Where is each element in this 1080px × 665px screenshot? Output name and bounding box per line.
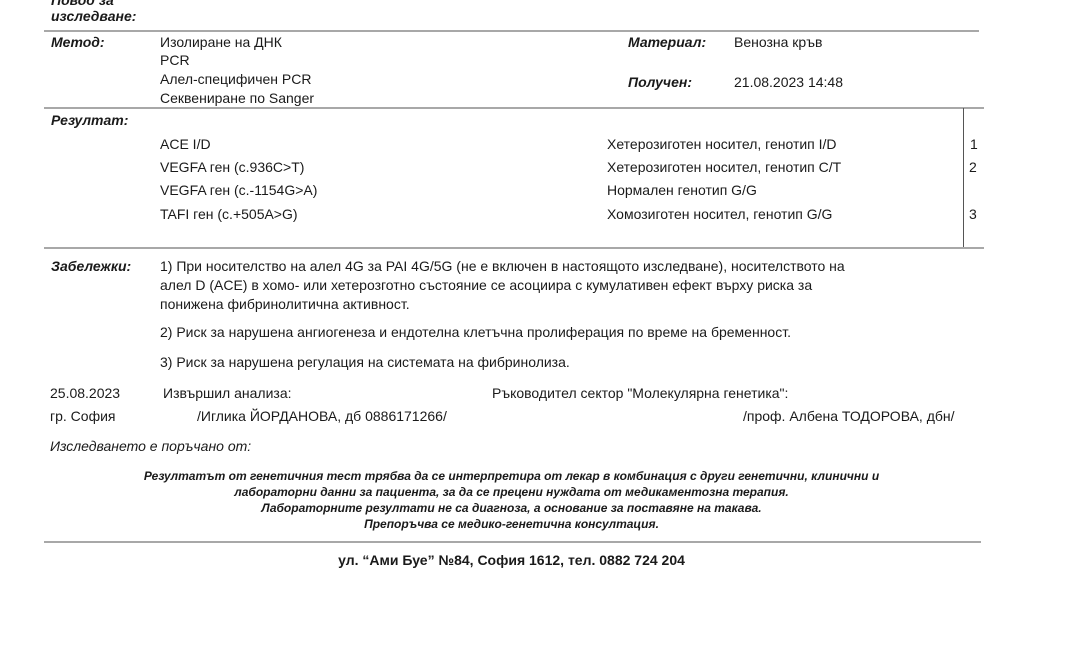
result-note-ref: 1 xyxy=(970,136,978,153)
material-value: Венозна кръв xyxy=(734,34,822,51)
disclaimer-line: Препоръчва се медико-генетична консултац… xyxy=(44,516,979,532)
result-finding: Хетерозиготен носител, генотип I/D xyxy=(607,136,837,153)
note-1-line: понижена фибринолитична активност. xyxy=(160,296,410,313)
divider xyxy=(44,107,984,109)
result-finding: Хомозиготен носител, генотип G/G xyxy=(607,206,832,223)
ordered-by-label: Изследването е поръчано от: xyxy=(50,438,251,455)
divider xyxy=(44,247,984,249)
disclaimer: Резултатът от генетичния тест трябва да … xyxy=(44,468,979,532)
result-test: VEGFA ген (c.-1154G>A) xyxy=(160,182,317,199)
result-label: Резултат: xyxy=(51,112,128,129)
note-1-line: 1) При носителство на алел 4G за PAI 4G/… xyxy=(160,258,845,275)
head-of-sector-name: /проф. Албена ТОДОРОВА, дбн/ xyxy=(743,408,955,425)
method-item: Алел-специфичен PCR xyxy=(160,71,311,88)
result-finding: Хетерозиготен носител, генотип C/T xyxy=(607,159,841,176)
result-note-ref: 3 xyxy=(969,206,977,223)
result-test: ACE I/D xyxy=(160,136,211,153)
head-of-sector-label: Ръководител сектор "Молекулярна генетика… xyxy=(492,385,788,402)
report-city: гр. София xyxy=(50,408,116,425)
disclaimer-line: Резултатът от генетичния тест трябва да … xyxy=(44,468,979,484)
footer-address: ул. “Ами Буе” №84, София 1612, тел. 0882… xyxy=(44,552,979,568)
performed-by-name: /Иглика ЙОРДАНОВА, дб 0886171266/ xyxy=(197,408,447,425)
divider xyxy=(44,541,981,543)
method-item: PCR xyxy=(160,52,190,69)
result-note-ref: 2 xyxy=(969,159,977,176)
method-label: Метод: xyxy=(51,34,105,51)
divider xyxy=(44,30,979,32)
received-label: Получен: xyxy=(628,74,692,91)
material-label: Материал: xyxy=(628,34,706,51)
result-finding: Нормален генотип G/G xyxy=(607,182,757,199)
note-1-line: алел D (ACE) в хомо- или хетерозготно съ… xyxy=(160,277,812,294)
disclaimer-line: лабораторни данни за пациента, за да се … xyxy=(44,484,979,500)
note-3: 3) Риск за нарушена регулация на система… xyxy=(160,354,570,371)
note-2: 2) Риск за нарушена ангиогенеза и ендоте… xyxy=(160,324,791,341)
result-column-divider xyxy=(963,108,964,248)
notes-label: Забележки: xyxy=(51,258,131,275)
method-item: Изолиране на ДНК xyxy=(160,34,282,51)
report-date: 25.08.2023 xyxy=(50,385,120,402)
reason-label-line2: изследване: xyxy=(51,8,136,25)
result-test: TAFI ген (c.+505A>G) xyxy=(160,206,298,223)
performed-by-label: Извършил анализа: xyxy=(163,385,292,402)
method-item: Секвениране по Sanger xyxy=(160,90,314,107)
result-test: VEGFA ген (c.936C>T) xyxy=(160,159,304,176)
disclaimer-line: Лабораторните резултати не са диагноза, … xyxy=(44,500,979,516)
received-value: 21.08.2023 14:48 xyxy=(734,74,843,91)
